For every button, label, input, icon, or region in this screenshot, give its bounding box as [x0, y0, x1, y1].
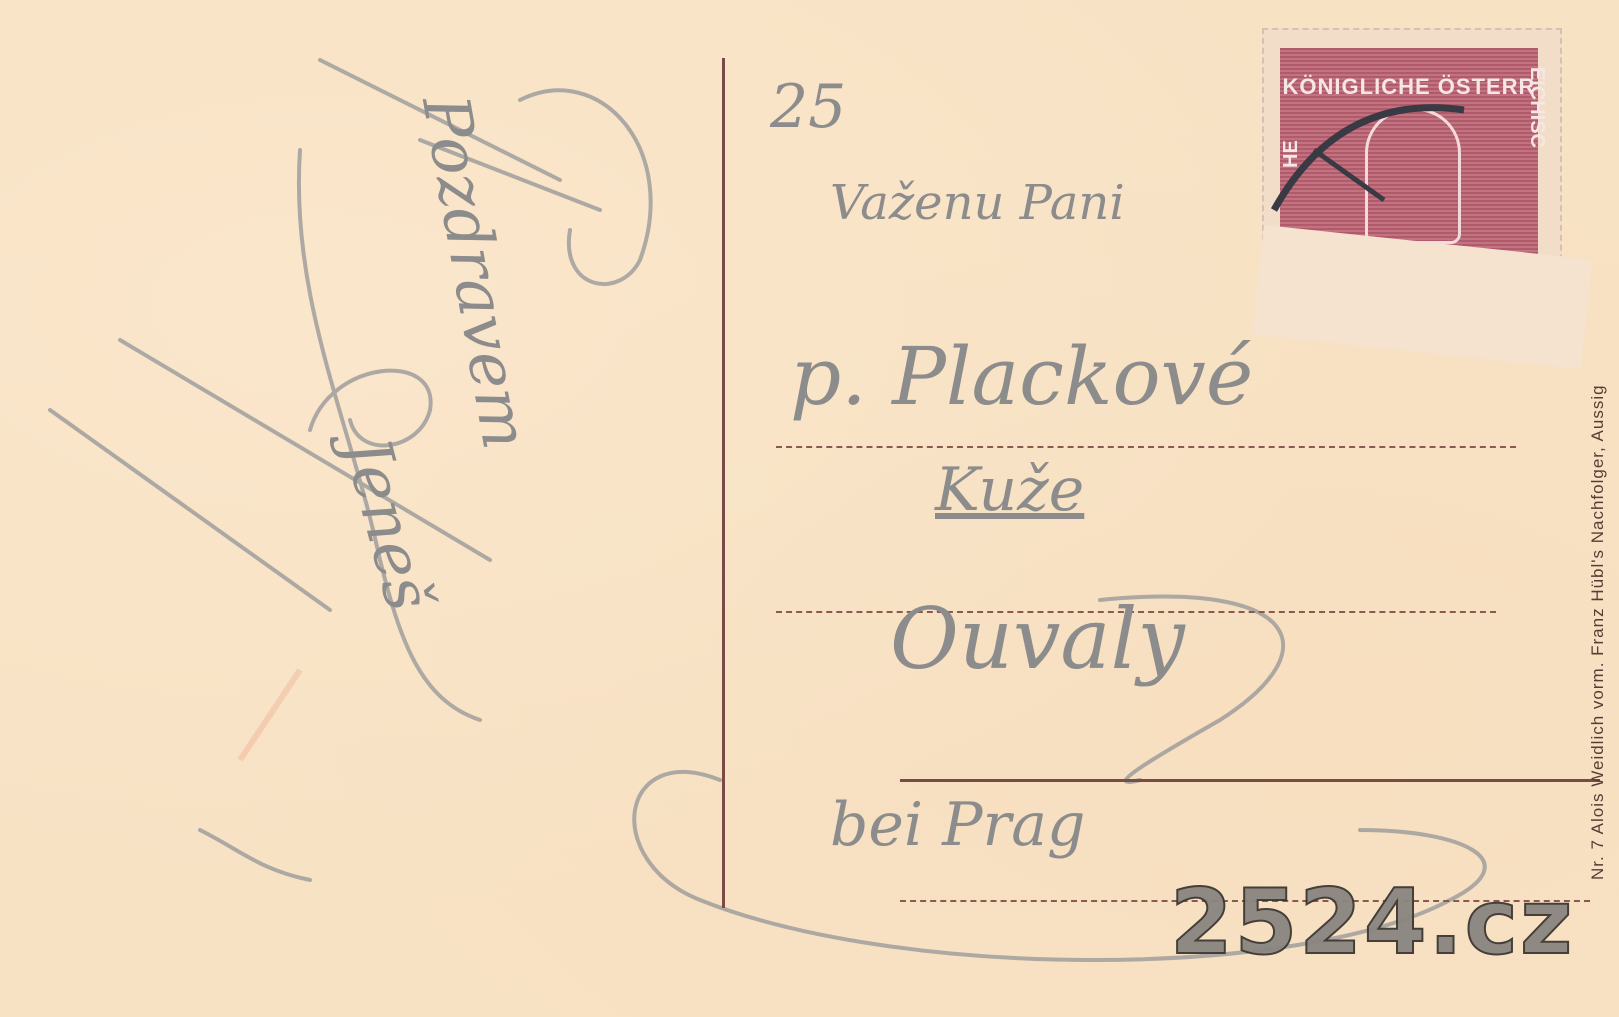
handwritten-number: 25: [770, 72, 846, 142]
address-line-3: [900, 779, 1600, 782]
handwritten-region: bei Prag: [830, 790, 1085, 860]
handwritten-line2: Kuže: [935, 455, 1084, 525]
vertical-divider: [722, 58, 725, 908]
postage-stamp: KÖNIGLICHE ÖSTERR HE EICHISC: [1262, 28, 1562, 290]
watermark: 2524.cz: [1170, 870, 1574, 975]
handwritten-town: Ouvaly: [890, 590, 1185, 688]
handwritten-salutation: Važenu Pani: [830, 175, 1125, 231]
postcard-back: KÖNIGLICHE ÖSTERR HE EICHISC 25 Važenu P…: [0, 0, 1619, 1017]
handwritten-recipient-name: p. Plackové: [790, 330, 1253, 423]
address-line-1: [776, 446, 1516, 448]
publisher-imprint: Nr. 7 Alois Weidlich vorm. Franz Hübl's …: [1588, 384, 1608, 880]
